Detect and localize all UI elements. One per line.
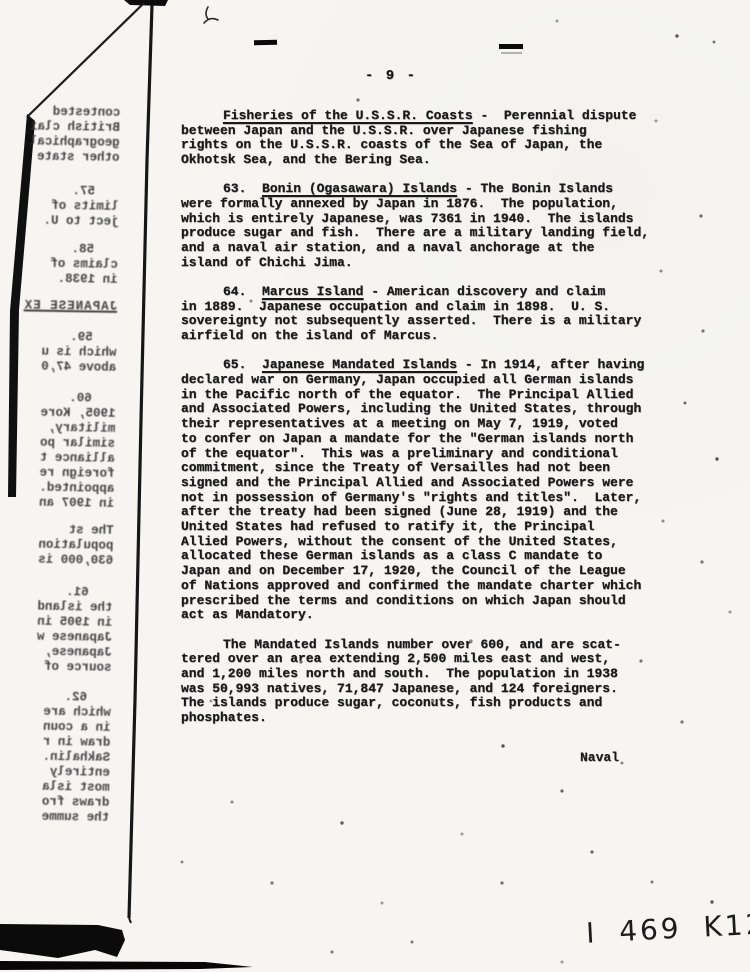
text-run: act as Mandatory. xyxy=(181,607,314,622)
text-run: in the Pacific north of the equator. The… xyxy=(181,387,633,402)
bleedthrough-line: 60. xyxy=(0,390,116,407)
typed-line: commitment, since the Treaty of Versaill… xyxy=(181,461,681,476)
typed-line: 65. Japanese Mandated Islands - In 1914,… xyxy=(181,358,681,373)
typed-line: declared war on Germany, Japan occupied … xyxy=(181,373,681,388)
scan-dash-right xyxy=(499,44,523,49)
text-run: their representatives at a meeting on Ma… xyxy=(181,416,618,431)
text-run: 65. xyxy=(223,357,262,372)
typed-line: United States had refused to ratify it, … xyxy=(181,520,681,535)
text-run: rights on the U.S.S.R. coasts of the Sea… xyxy=(181,137,602,152)
typed-line: Okhotsk Sea, and the Bering Sea. xyxy=(181,153,681,168)
bleedthrough-line: the summe xyxy=(0,809,109,826)
typed-line: of the equator". This was a preliminary … xyxy=(181,447,681,462)
bleedthrough-group: 60.1905, Koremilitary,similar poalliance… xyxy=(0,390,116,512)
bleedthrough-group: 59.which is uabove 47,0 xyxy=(0,329,117,376)
bleedthrough-group: 61.the islandin 1905 inJapanese wJapanes… xyxy=(0,584,113,676)
text-run: and 1,200 miles north and south. The pop… xyxy=(181,666,618,681)
scan-edge-vertical-tip xyxy=(129,918,131,923)
bleedthrough-line: draw in r xyxy=(0,734,110,751)
typed-line: Fisheries of the U.S.S.R. Coasts - Peren… xyxy=(181,109,681,124)
text-run: island of Chichi Jima. xyxy=(181,255,353,270)
typed-line: and 1,200 miles north and south. The pop… xyxy=(181,667,681,682)
bleedthrough-line: Sakhalin. xyxy=(0,749,110,766)
bleedthrough-line: in 1938. xyxy=(0,271,118,288)
typed-line: after the treaty had been signed (June 2… xyxy=(181,505,681,520)
bleedthrough-line: entirely xyxy=(0,764,110,781)
bleedthrough-line: above 47,0 xyxy=(0,359,116,376)
bleedthrough-line: in 1905 in xyxy=(0,614,112,631)
text-run: was 50,993 natives, 71,847 Japanese, and… xyxy=(181,681,618,696)
text-run: were formally annexed by Japan in 1876. … xyxy=(181,196,618,211)
bleedthrough-line: most isla xyxy=(0,779,110,796)
bleedthrough-group: 58.claims ofin 1938. xyxy=(0,241,118,288)
scanned-page: contestedBritish claigeographicalother s… xyxy=(0,0,750,972)
text-run: declared war on Germany, Japan occupied … xyxy=(181,372,633,387)
text-run: in 1889. Japanese occupation and claim i… xyxy=(181,299,610,314)
text-run: airfield on the island of Marcus. xyxy=(181,328,438,343)
bleedthrough-line: contested xyxy=(0,104,120,121)
bleedthrough-group: 62.which arein a coundraw in rSakhalin.e… xyxy=(0,689,111,826)
typed-line: was 50,993 natives, 71,847 Japanese, and… xyxy=(181,682,681,697)
bleedthrough-line: which are xyxy=(0,704,111,721)
text-run: - Perennial dispute xyxy=(473,108,637,123)
bleedthrough-line: 1905, Kore xyxy=(0,405,116,422)
signoff-label: Naval xyxy=(580,750,619,765)
text-run: and Associated Powers, including the Uni… xyxy=(181,401,641,416)
text-run: 64. xyxy=(223,284,262,299)
bleedthrough-line: 57. xyxy=(0,183,119,200)
text-run: to confer on Japan a mandate for the "Ge… xyxy=(181,431,633,446)
typed-line: prescribed the terms and conditions on w… xyxy=(181,594,681,609)
text-run: tered over an area extending 2,500 miles… xyxy=(181,651,610,666)
bleedthrough-line: Japanese, xyxy=(0,644,112,661)
typed-line: their representatives at a meeting on Ma… xyxy=(181,417,681,432)
text-run: prescribed the terms and conditions on w… xyxy=(181,593,626,608)
underlined-heading: Bonin (Ogasawara) Islands xyxy=(262,181,457,196)
bleedthrough-line: the island xyxy=(0,599,113,616)
bleedthrough-line: Japanese w xyxy=(0,629,112,646)
bleedthrough-line: alliance t xyxy=(0,450,115,467)
bleedthrough-line: draws fro xyxy=(0,794,109,811)
bleedthrough-line: ject to U. xyxy=(0,213,119,230)
bleedthrough-line: 58. xyxy=(0,241,118,258)
text-run: of Nations approved and confirmed the ma… xyxy=(181,578,641,593)
scan-dash-left xyxy=(254,40,277,45)
text-run: United States had refused to ratify it, … xyxy=(181,519,594,534)
text-run: 63. xyxy=(223,181,262,196)
paragraph: Fisheries of the U.S.S.R. Coasts - Peren… xyxy=(181,109,681,168)
text-run: allocated these German islands as a clas… xyxy=(181,548,602,563)
text-run: and a naval air station, and a naval anc… xyxy=(181,240,594,255)
typed-line: phosphates. xyxy=(181,711,681,726)
text-run: Japan and on December 17, 1920, the Coun… xyxy=(181,563,626,578)
scan-edge-vertical xyxy=(129,5,152,918)
typed-line: The Mandated Islands number over 600, an… xyxy=(181,638,681,653)
paragraph: 65. Japanese Mandated Islands - In 1914,… xyxy=(181,358,681,623)
paragraph: 64. Marcus Island - American discovery a… xyxy=(181,285,681,344)
typed-line: island of Chichi Jima. xyxy=(181,256,681,271)
typed-line: between Japan and the U.S.S.R. over Japa… xyxy=(181,124,681,139)
text-run: - In 1914, after having xyxy=(457,357,644,372)
handwritten-stamp: I 469 K12 xyxy=(585,907,750,949)
typed-line: sovereignty not subsequently asserted. T… xyxy=(181,314,681,329)
bleedthrough-line: 61. xyxy=(0,584,113,601)
bleedthrough-line: 59. xyxy=(0,329,117,346)
text-run: between Japan and the U.S.S.R. over Japa… xyxy=(181,123,587,138)
typed-line: of Nations approved and confirmed the ma… xyxy=(181,579,681,594)
bleedthrough-line: in 1907 an xyxy=(0,495,114,512)
typed-line: produce sugar and fish. There are a mili… xyxy=(181,226,681,241)
bleedthrough-line: geographical xyxy=(0,134,120,151)
text-run: after the treaty had been signed (June 2… xyxy=(181,504,618,519)
text-run: of the equator". This was a preliminary … xyxy=(181,446,618,461)
typed-line: which is entirely Japanese, was 7361 in … xyxy=(181,212,681,227)
typed-line: act as Mandatory. xyxy=(181,608,681,623)
scan-top-mark xyxy=(124,0,168,6)
bleedthrough-line: limits of xyxy=(0,198,119,215)
bleedthrough-line: claims of xyxy=(0,256,118,273)
typed-line: in the Pacific north of the equator. The… xyxy=(181,388,681,403)
pen-scribble xyxy=(204,7,218,23)
bleedthrough-line: foreign re xyxy=(0,465,115,482)
bleedthrough-line: population xyxy=(0,537,114,554)
text-run: not in possession of Germany's "rights a… xyxy=(181,490,641,505)
typed-line: 63. Bonin (Ogasawara) Islands - The Boni… xyxy=(181,182,681,197)
paragraph: 63. Bonin (Ogasawara) Islands - The Boni… xyxy=(181,182,681,270)
text-run: Allied Powers, without the consent of th… xyxy=(181,534,618,549)
scan-bottom-blob xyxy=(0,924,125,958)
scan-bottom-line xyxy=(0,961,253,970)
scan-edge-diagonal xyxy=(27,3,144,117)
scan-edge-wedge xyxy=(8,114,35,497)
text-run: sovereignty not subsequently asserted. T… xyxy=(181,313,641,328)
text-run: signed and the Principal Allied and Asso… xyxy=(181,475,633,490)
text-run: The Mandated Islands number over 600, an… xyxy=(223,637,621,652)
typed-line: not in possession of Germany's "rights a… xyxy=(181,491,681,506)
typed-line: in 1889. Japanese occupation and claim i… xyxy=(181,300,681,315)
bleedthrough-strip: contestedBritish claigeographicalother s… xyxy=(0,0,128,940)
bleedthrough-line: The st xyxy=(0,522,114,539)
typed-line: rights on the U.S.S.R. coasts of the Sea… xyxy=(181,138,681,153)
typed-line: tered over an area extending 2,500 miles… xyxy=(181,652,681,667)
text-run: - American discovery and claim xyxy=(363,284,605,299)
bleedthrough-line: appointed. xyxy=(0,480,114,497)
typed-line: and Associated Powers, including the Uni… xyxy=(181,402,681,417)
underlined-heading: Fisheries of the U.S.S.R. Coasts xyxy=(223,108,473,123)
text-run: The islands produce sugar, coconuts, fis… xyxy=(181,695,602,710)
bleedthrough-line: source of xyxy=(0,659,112,676)
typed-line: airfield on the island of Marcus. xyxy=(181,329,681,344)
underlined-heading: Marcus Island xyxy=(262,284,363,299)
bleedthrough-line: in a coun xyxy=(0,719,111,736)
bleedthrough-line: JAPANESE EX xyxy=(0,298,117,315)
text-run: Okhotsk Sea, and the Bering Sea. xyxy=(181,152,431,167)
page-number: - 9 - xyxy=(181,68,601,84)
typed-line: The islands produce sugar, coconuts, fis… xyxy=(181,696,681,711)
bleedthrough-line: British clai xyxy=(0,119,120,136)
typed-line: and a naval air station, and a naval anc… xyxy=(181,241,681,256)
paper-speckles xyxy=(0,0,2,2)
text-run: produce sugar and fish. There are a mili… xyxy=(181,225,649,240)
bleedthrough-line: which is u xyxy=(0,344,117,361)
bleedthrough-group: 57.limits ofject to U. xyxy=(0,183,119,230)
typed-line: Allied Powers, without the consent of th… xyxy=(181,535,681,550)
typed-line: signed and the Principal Allied and Asso… xyxy=(181,476,681,491)
bleedthrough-line: military, xyxy=(0,420,115,437)
bleedthrough-line: 630,000 is xyxy=(0,552,113,569)
typed-paragraphs: Fisheries of the U.S.S.R. Coasts - Peren… xyxy=(181,109,681,740)
typed-line: 64. Marcus Island - American discovery a… xyxy=(181,285,681,300)
underlined-heading: Japanese Mandated Islands xyxy=(262,357,457,372)
typed-line: were formally annexed by Japan in 1876. … xyxy=(181,197,681,212)
bleedthrough-group: The stpopulation630,000 is xyxy=(0,522,114,569)
typed-line: allocated these German islands as a clas… xyxy=(181,549,681,564)
text-run: which is entirely Japanese, was 7361 in … xyxy=(181,211,633,226)
paragraph: The Mandated Islands number over 600, an… xyxy=(181,638,681,726)
bleedthrough-line: similar po xyxy=(0,435,115,452)
text-run: phosphates. xyxy=(181,710,267,725)
typed-line: to confer on Japan a mandate for the "Ge… xyxy=(181,432,681,447)
text-run: - The Bonin Islands xyxy=(457,181,613,196)
bleedthrough-line: other state xyxy=(0,149,120,166)
bleedthrough-group: contestedBritish claigeographicalother s… xyxy=(0,104,120,166)
bleedthrough-line: 62. xyxy=(0,689,111,706)
bleedthrough-group: JAPANESE EX xyxy=(0,298,117,315)
text-run: commitment, since the Treaty of Versaill… xyxy=(181,460,610,475)
typed-line: Japan and on December 17, 1920, the Coun… xyxy=(181,564,681,579)
